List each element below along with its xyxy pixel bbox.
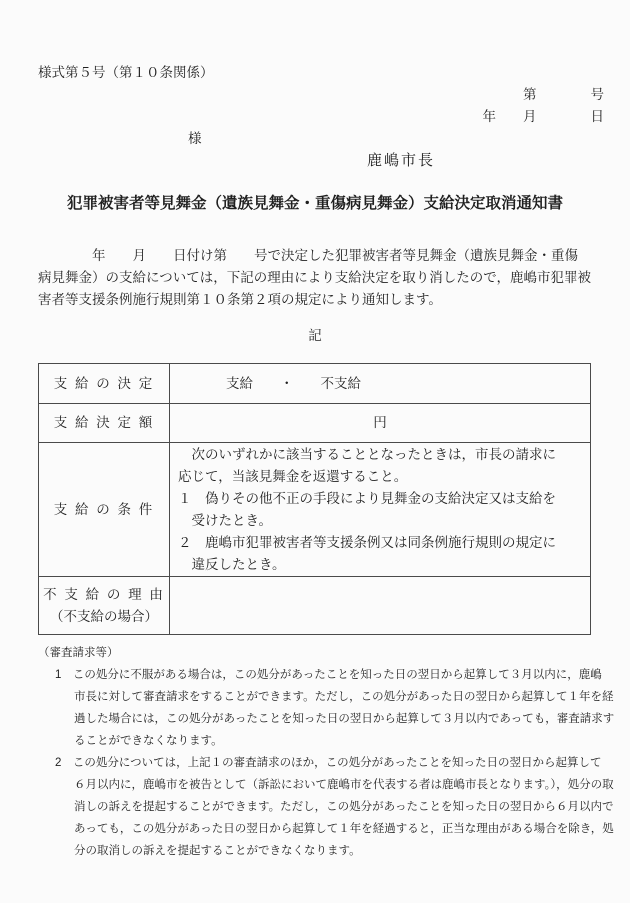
row-label-payment-conditions: 支 給 の 条 件 [39,443,170,576]
body-line: 害者等支援条例施行規則第１０条第２項の規定により通知します。 [38,289,592,311]
row-label-line: 不 支 給 の 理 由 [43,584,165,606]
note-item-1: 1 この処分に不服がある場合は，この処分があったことを知った日の翌日から起算して… [55,664,592,752]
form-number: 様式第５号（第１０条関係） [38,62,592,84]
table-row-nonpayment-reason: 不 支 給 の 理 由 （不支給の場合） [39,576,590,634]
row-label-nonpayment-reason: 不 支 給 の 理 由 （不支給の場合） [39,577,170,634]
sender-name: 鹿嶋市長 [367,150,592,172]
row-value-payment-decision: 支給 ・ 不支給 [170,364,590,403]
condition-line: 受けたとき。 [178,510,582,532]
body-line: 病見舞金）の支給については，下記の理由により支給決定を取り消したので，鹿嶋市犯罪… [38,267,592,289]
addressee-honorific: 様 [188,128,592,150]
row-value-payment-amount: 円 [170,404,590,442]
table-row-payment-amount: 支 給 決 定 額 円 [39,403,590,442]
body-paragraph: 年 月 日付け第 号で決定した犯罪被害者等見舞金（遺族見舞金・重傷 病見舞金）の… [38,245,592,311]
issue-date-line: 年 月 日 [38,106,604,128]
note-line: 消しの訴えを提起することができます。ただし，この処分があったことを知った日の翌日… [55,796,592,818]
condition-line: ２ 鹿嶋市犯罪被害者等支援条例又は同条例施行規則の規定に [178,532,582,554]
notes-heading: （審査請求等） [38,642,592,664]
note-line: 1 この処分に不服がある場合は，この処分があったことを知った日の翌日から起算して… [55,664,592,686]
document-page: 様式第５号（第１０条関係） 第 号 年 月 日 様 鹿嶋市長 犯罪被害者等見舞金… [0,0,630,903]
condition-line: １ 偽りその他不正の手段により見舞金の支給決定又は支給を [178,488,582,510]
table-row-payment-conditions: 支 給 の 条 件 次のいずれかに該当することとなったときは，市長の請求に 応じ… [39,442,590,576]
row-label-line: （不支給の場合） [50,606,158,628]
note-item-2: 2 この処分については，上記１の審査請求のほか，この処分があったことを知った日の… [55,752,592,862]
note-line: あっても，この処分があった日の翌日から起算して１年を経過すると，正当な理由がある… [55,818,592,840]
condition-line: 違反したとき。 [178,554,582,576]
document-number-line: 第 号 [38,84,604,106]
record-marker: 記 [38,325,592,347]
note-line: ることができなくなります。 [55,730,592,752]
body-line: 年 月 日付け第 号で決定した犯罪被害者等見舞金（遺族見舞金・重傷 [38,245,592,267]
table-row-payment-decision: 支 給 の 決 定 支給 ・ 不支給 [39,364,590,403]
note-line: 2 この処分については，上記１の審査請求のほか，この処分があったことを知った日の… [55,752,592,774]
decision-table: 支 給 の 決 定 支給 ・ 不支給 支 給 決 定 額 円 支 給 の 条 件… [38,363,591,635]
row-value-nonpayment-reason [170,577,590,634]
note-line: 分の取消しの訴えを提起することができなくなります。 [55,840,592,862]
condition-line: 次のいずれかに該当することとなったときは，市長の請求に [178,444,582,466]
row-label-payment-decision: 支 給 の 決 定 [39,364,170,403]
row-value-payment-conditions: 次のいずれかに該当することとなったときは，市長の請求に 応じて，当該見舞金を返還… [170,443,590,576]
document-title: 犯罪被害者等見舞金（遺族見舞金・重傷病見舞金）支給決定取消通知書 [38,193,592,215]
row-label-payment-amount: 支 給 決 定 額 [39,404,170,442]
condition-line: 応じて，当該見舞金を返還すること。 [178,466,582,488]
note-line: ６月以内に，鹿嶋市を被告として（訴訟において鹿嶋市を代表する者は鹿嶋市長となりま… [55,774,592,796]
note-line: 過した場合には，この処分があったことを知った日の翌日から起算して３月以内であって… [55,708,592,730]
note-line: 市長に対して審査請求をすることができます。ただし，この処分があった日の翌日から起… [55,686,592,708]
notes-section: （審査請求等） 1 この処分に不服がある場合は，この処分があったことを知った日の… [38,642,592,862]
